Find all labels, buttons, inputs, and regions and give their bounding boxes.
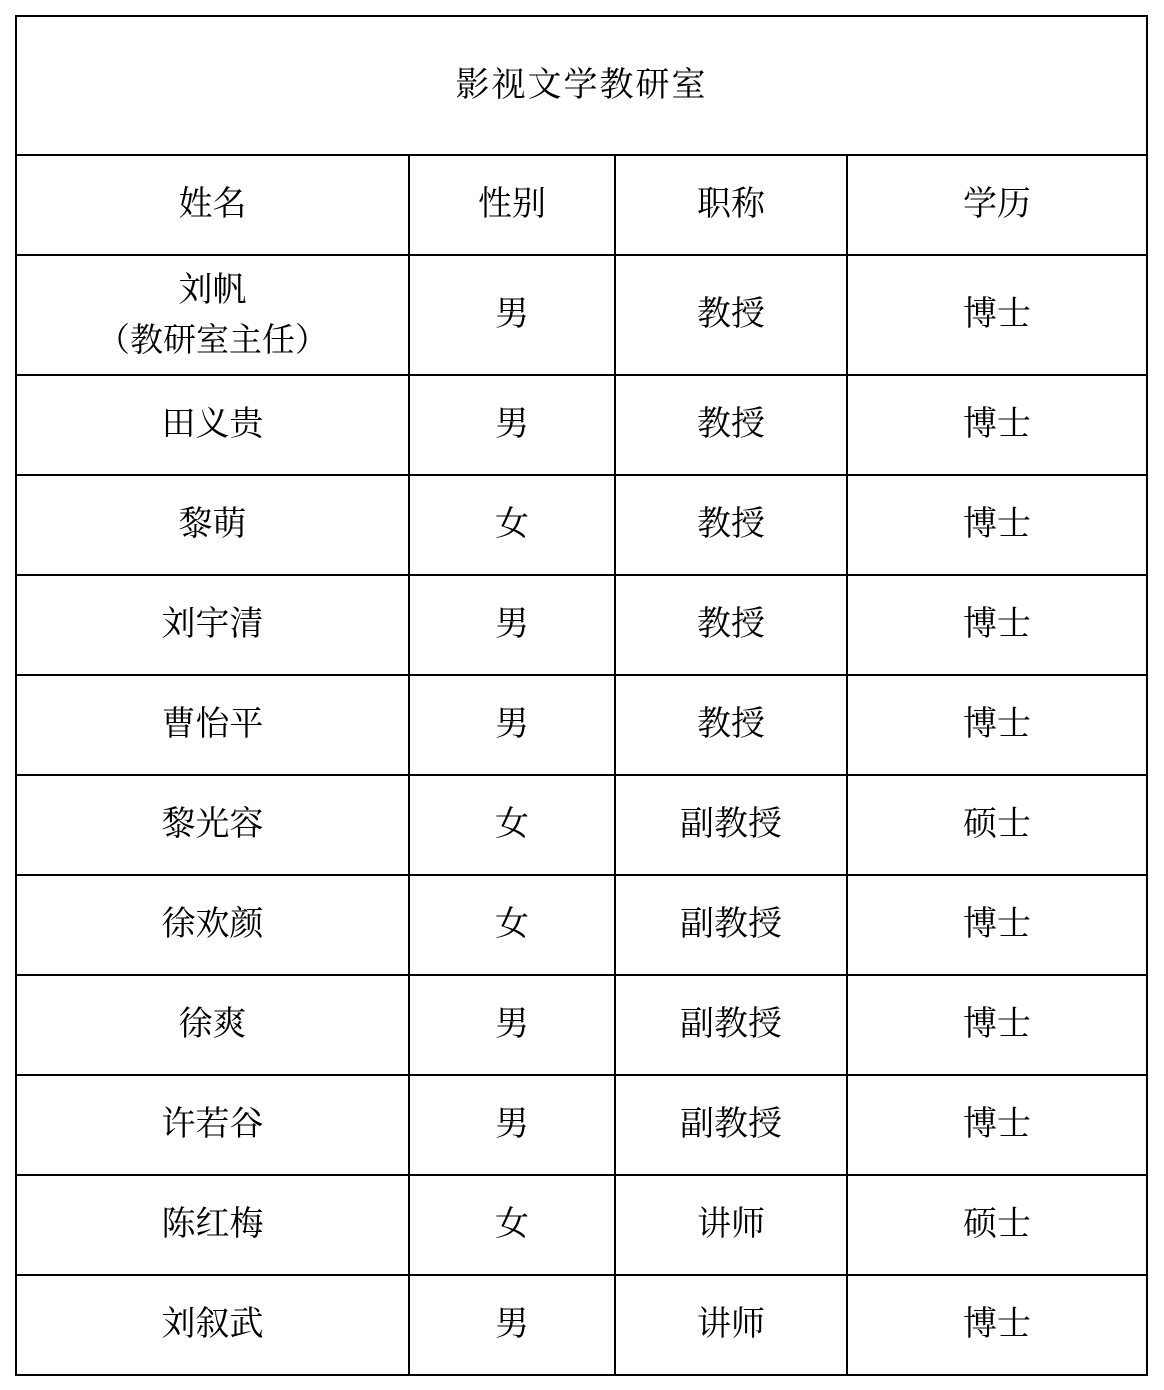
- title-cell: 教授: [615, 675, 847, 775]
- name-cell: 徐爽: [17, 975, 409, 1075]
- degree-cell: 博士: [847, 1275, 1146, 1374]
- table-row: 刘叙武 男 讲师 博士: [17, 1275, 1146, 1374]
- degree-cell: 博士: [847, 575, 1146, 675]
- name-cell: 黎萌: [17, 475, 409, 575]
- column-header-name: 姓名: [17, 155, 409, 255]
- title-cell: 副教授: [615, 1075, 847, 1175]
- column-header-title: 职称: [615, 155, 847, 255]
- table-row: 刘帆 （教研室主任） 男 教授 博士: [17, 255, 1146, 375]
- table-row: 徐爽 男 副教授 博士: [17, 975, 1146, 1075]
- title-cell: 教授: [615, 375, 847, 475]
- name-cell: 许若谷: [17, 1075, 409, 1175]
- table-row: 黎光容 女 副教授 硕士: [17, 775, 1146, 875]
- table-row: 许若谷 男 副教授 博士: [17, 1075, 1146, 1175]
- name-cell: 刘帆 （教研室主任）: [17, 255, 409, 375]
- title-cell: 教授: [615, 255, 847, 375]
- table-row: 刘宇清 男 教授 博士: [17, 575, 1146, 675]
- title-cell: 副教授: [615, 875, 847, 975]
- gender-cell: 女: [409, 875, 615, 975]
- staff-table: 影视文学教研室 姓名 性别 职称 学历 刘帆 （教研室主任） 男 教授 博士 田…: [17, 17, 1146, 1374]
- gender-cell: 男: [409, 575, 615, 675]
- gender-cell: 女: [409, 475, 615, 575]
- degree-cell: 博士: [847, 255, 1146, 375]
- name-cell: 刘宇清: [17, 575, 409, 675]
- name-cell: 刘叙武: [17, 1275, 409, 1374]
- name-cell: 曹怡平: [17, 675, 409, 775]
- table-row: 徐欢颜 女 副教授 博士: [17, 875, 1146, 975]
- degree-cell: 硕士: [847, 1175, 1146, 1275]
- gender-cell: 女: [409, 1175, 615, 1275]
- column-header-degree: 学历: [847, 155, 1146, 255]
- name-cell: 陈红梅: [17, 1175, 409, 1275]
- degree-cell: 博士: [847, 1075, 1146, 1175]
- staff-role-note: （教研室主任）: [17, 316, 408, 364]
- title-cell: 副教授: [615, 775, 847, 875]
- header-row: 姓名 性别 职称 学历: [17, 155, 1146, 255]
- page-title: 影视文学教研室: [17, 17, 1146, 155]
- title-cell: 教授: [615, 475, 847, 575]
- staff-roster-sheet: 影视文学教研室 姓名 性别 职称 学历 刘帆 （教研室主任） 男 教授 博士 田…: [15, 15, 1148, 1376]
- degree-cell: 硕士: [847, 775, 1146, 875]
- gender-cell: 男: [409, 975, 615, 1075]
- title-cell: 副教授: [615, 975, 847, 1075]
- title-cell: 讲师: [615, 1275, 847, 1374]
- table-row: 田义贵 男 教授 博士: [17, 375, 1146, 475]
- title-cell: 教授: [615, 575, 847, 675]
- table-row: 黎萌 女 教授 博士: [17, 475, 1146, 575]
- degree-cell: 博士: [847, 375, 1146, 475]
- column-header-gender: 性别: [409, 155, 615, 255]
- gender-cell: 女: [409, 775, 615, 875]
- gender-cell: 男: [409, 255, 615, 375]
- name-cell: 黎光容: [17, 775, 409, 875]
- gender-cell: 男: [409, 1275, 615, 1374]
- gender-cell: 男: [409, 675, 615, 775]
- name-cell: 徐欢颜: [17, 875, 409, 975]
- table-row: 陈红梅 女 讲师 硕士: [17, 1175, 1146, 1275]
- degree-cell: 博士: [847, 675, 1146, 775]
- degree-cell: 博士: [847, 975, 1146, 1075]
- staff-name: 刘帆: [17, 266, 408, 315]
- name-cell: 田义贵: [17, 375, 409, 475]
- gender-cell: 男: [409, 1075, 615, 1175]
- gender-cell: 男: [409, 375, 615, 475]
- title-row: 影视文学教研室: [17, 17, 1146, 155]
- degree-cell: 博士: [847, 875, 1146, 975]
- table-row: 曹怡平 男 教授 博士: [17, 675, 1146, 775]
- title-cell: 讲师: [615, 1175, 847, 1275]
- degree-cell: 博士: [847, 475, 1146, 575]
